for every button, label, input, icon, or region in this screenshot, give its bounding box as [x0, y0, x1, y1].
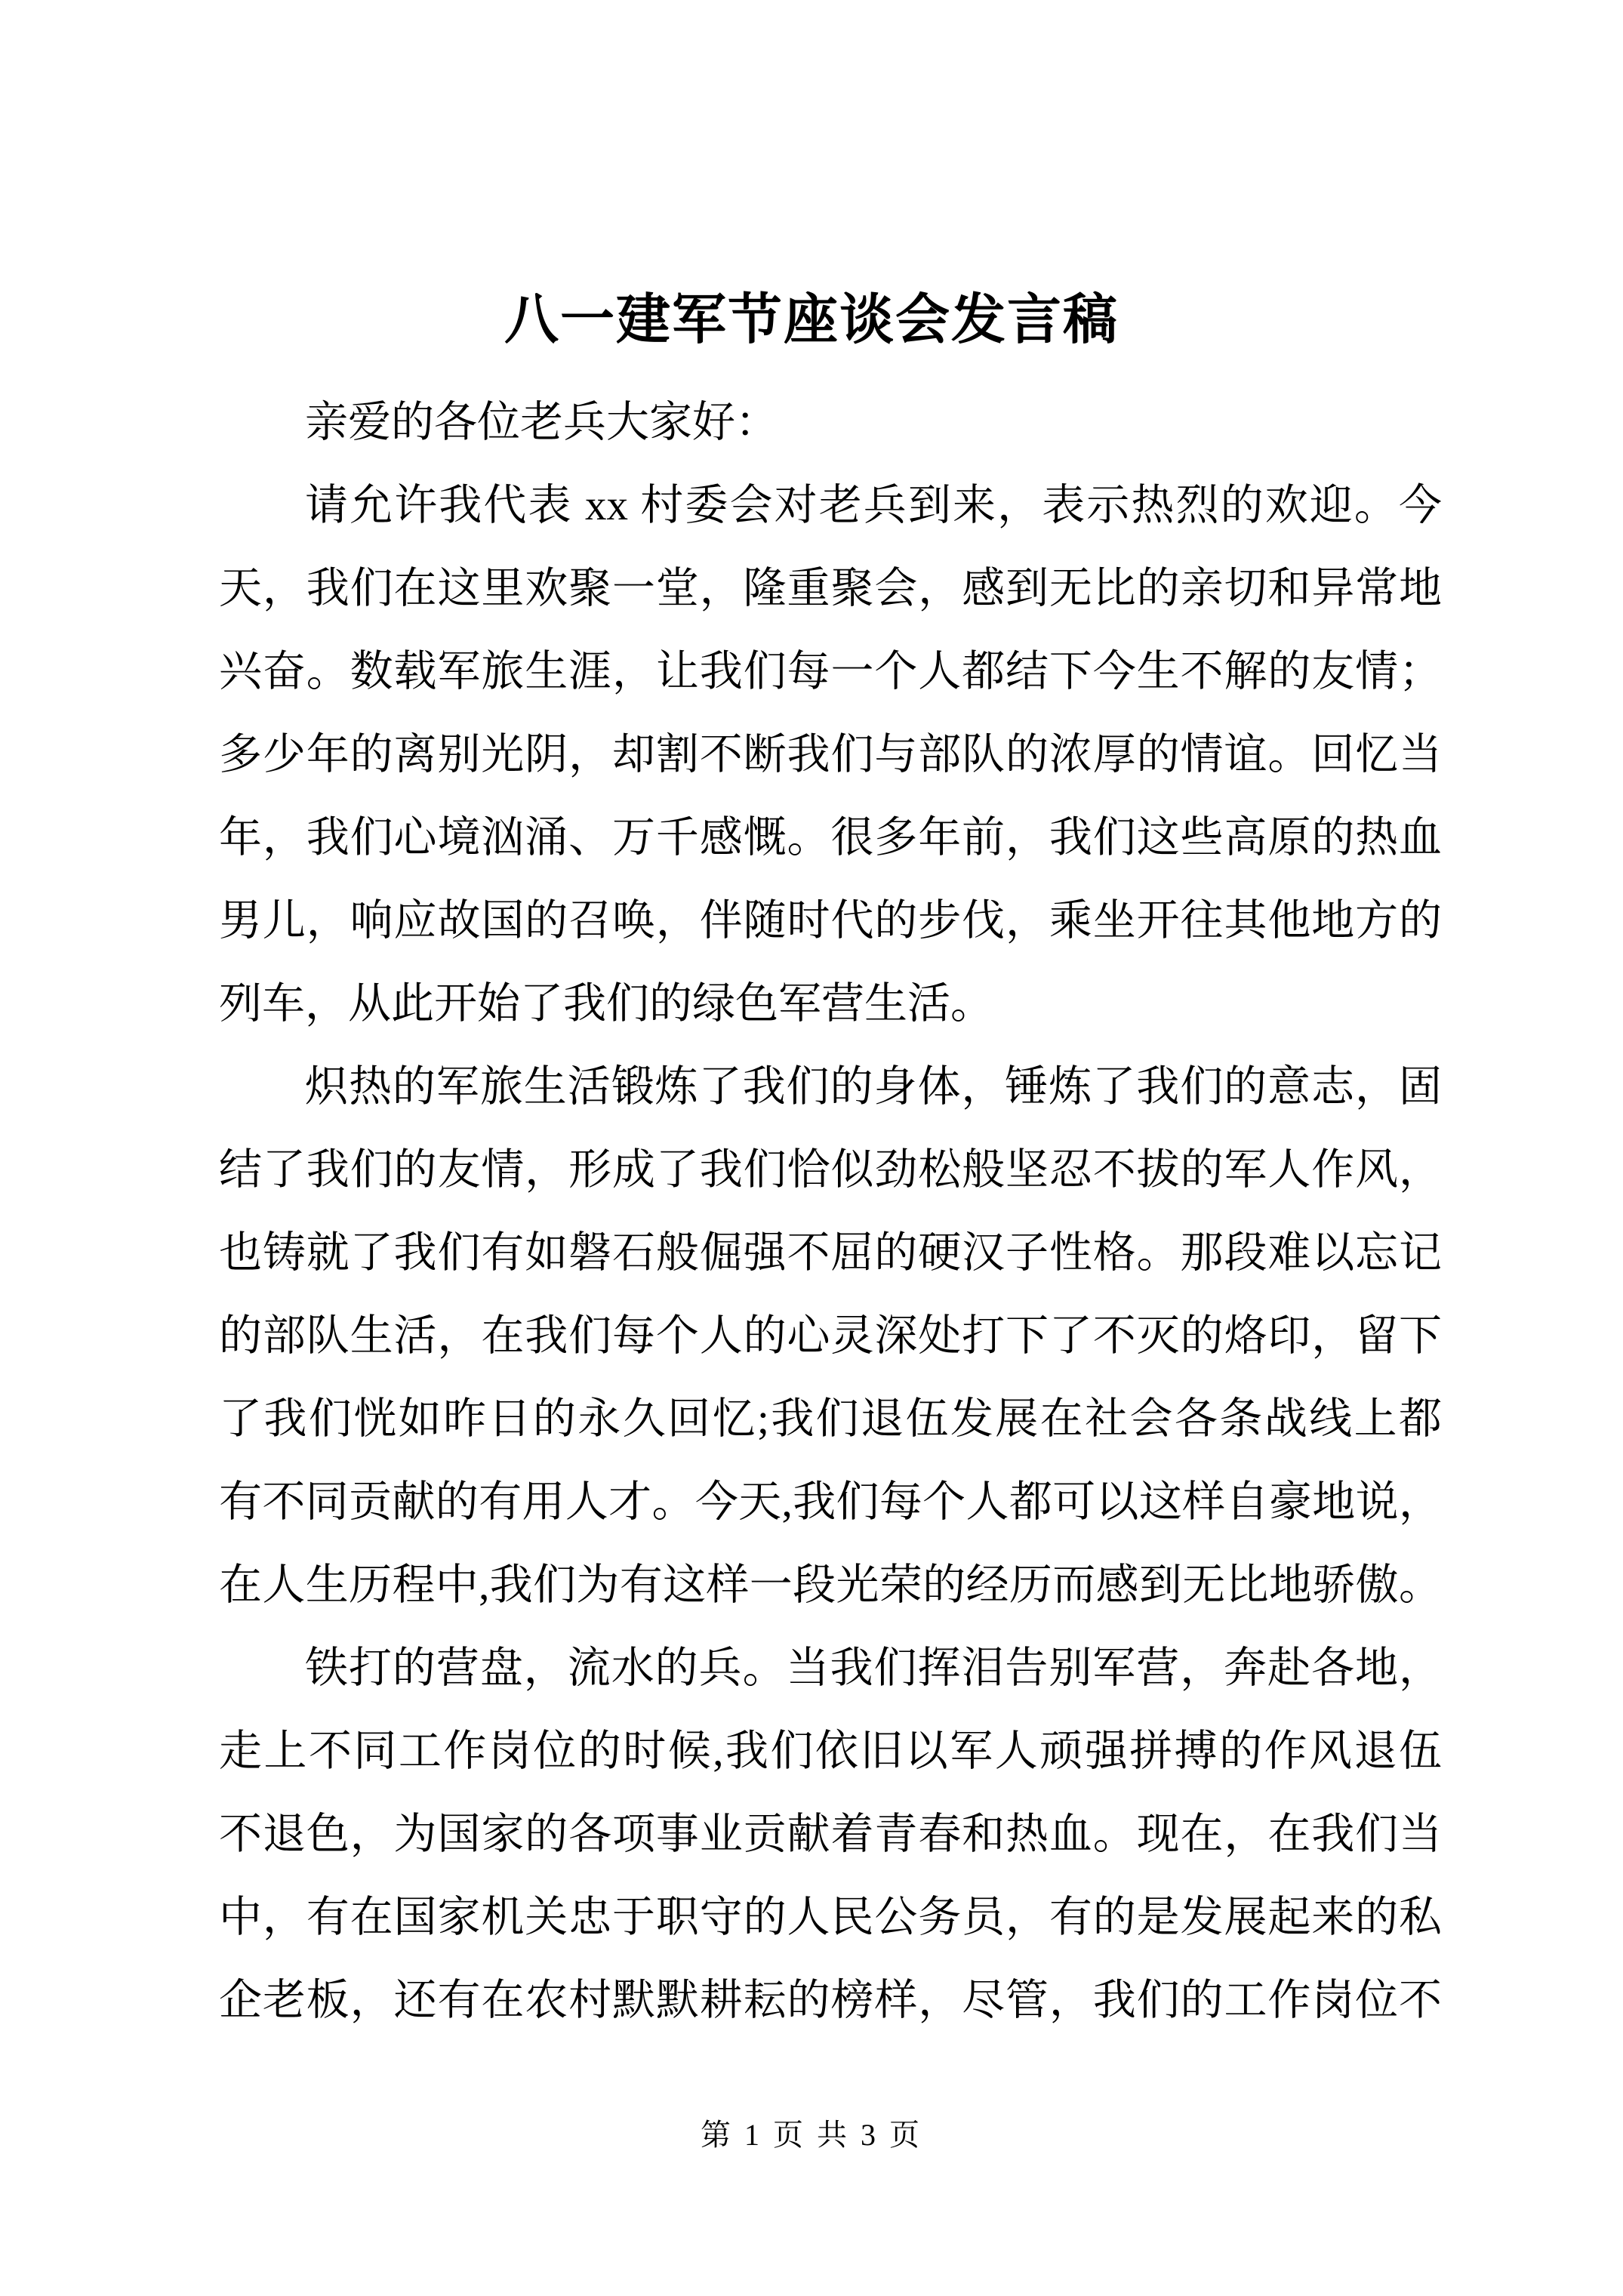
- body-line: 中，有在国家机关忠于职守的人民公务员，有的是发展起来的私: [219, 1876, 1442, 1959]
- body-line: 企老板，还有在农村默默耕耘的榜样，尽管，我们的工作岗位不: [219, 1959, 1442, 2042]
- body-line: 有不同贡献的有用人才。今天,我们每个人都可以这样自豪地说，: [219, 1461, 1442, 1544]
- body-line: 炽热的军旅生活锻炼了我们的身体，锤炼了我们的意志，固: [219, 1046, 1442, 1129]
- document-page: 八一建军节座谈会发言稿 亲爱的各位老兵大家好：请允许我代表 xx 村委会对老兵到…: [0, 0, 1623, 2296]
- body-line: 男儿，响应故国的召唤，伴随时代的步伐，乘坐开往其他地方的: [219, 880, 1442, 963]
- body-line: 不退色，为国家的各项事业贡献着青春和热血。现在，在我们当: [219, 1793, 1442, 1876]
- body-line: 天，我们在这里欢聚一堂，隆重聚会，感到无比的亲切和异常地: [219, 547, 1442, 630]
- page-footer: 第 1 页 共 3 页: [0, 2116, 1623, 2155]
- body-line: 的部队生活，在我们每个人的心灵深处打下了不灭的烙印，留下: [219, 1295, 1442, 1378]
- body-line: 在人生历程中,我们为有这样一段光荣的经历而感到无比地骄傲。: [219, 1544, 1442, 1627]
- body-line: 请允许我代表 xx 村委会对老兵到来，表示热烈的欢迎。今: [219, 464, 1442, 547]
- body-line: 结了我们的友情，形成了我们恰似劲松般坚忍不拔的军人作风，: [219, 1129, 1442, 1212]
- body-line: 兴奋。数载军旅生涯，让我们每一个人都结下今生不解的友情；: [219, 630, 1442, 713]
- body-line: 年，我们心境汹涌、万千感慨。很多年前，我们这些高原的热血: [219, 797, 1442, 880]
- body-line: 铁打的营盘，流水的兵。当我们挥泪告别军营，奔赴各地，: [219, 1627, 1442, 1710]
- body-line: 列车，从此开始了我们的绿色军营生活。: [219, 963, 1442, 1046]
- document-title: 八一建军节座谈会发言稿: [0, 285, 1623, 355]
- body-line: 亲爱的各位老兵大家好：: [219, 381, 1442, 464]
- document-body: 亲爱的各位老兵大家好：请允许我代表 xx 村委会对老兵到来，表示热烈的欢迎。今天…: [219, 381, 1442, 2042]
- body-line: 走上不同工作岗位的时候,我们依旧以军人顽强拼搏的作风退伍: [219, 1710, 1442, 1793]
- body-line: 也铸就了我们有如磐石般倔强不屈的硬汉子性格。那段难以忘记: [219, 1212, 1442, 1295]
- body-line: 多少年的离别光阴，却割不断我们与部队的浓厚的情谊。回忆当: [219, 713, 1442, 797]
- body-line: 了我们恍如昨日的永久回忆;我们退伍发展在社会各条战线上都: [219, 1378, 1442, 1461]
